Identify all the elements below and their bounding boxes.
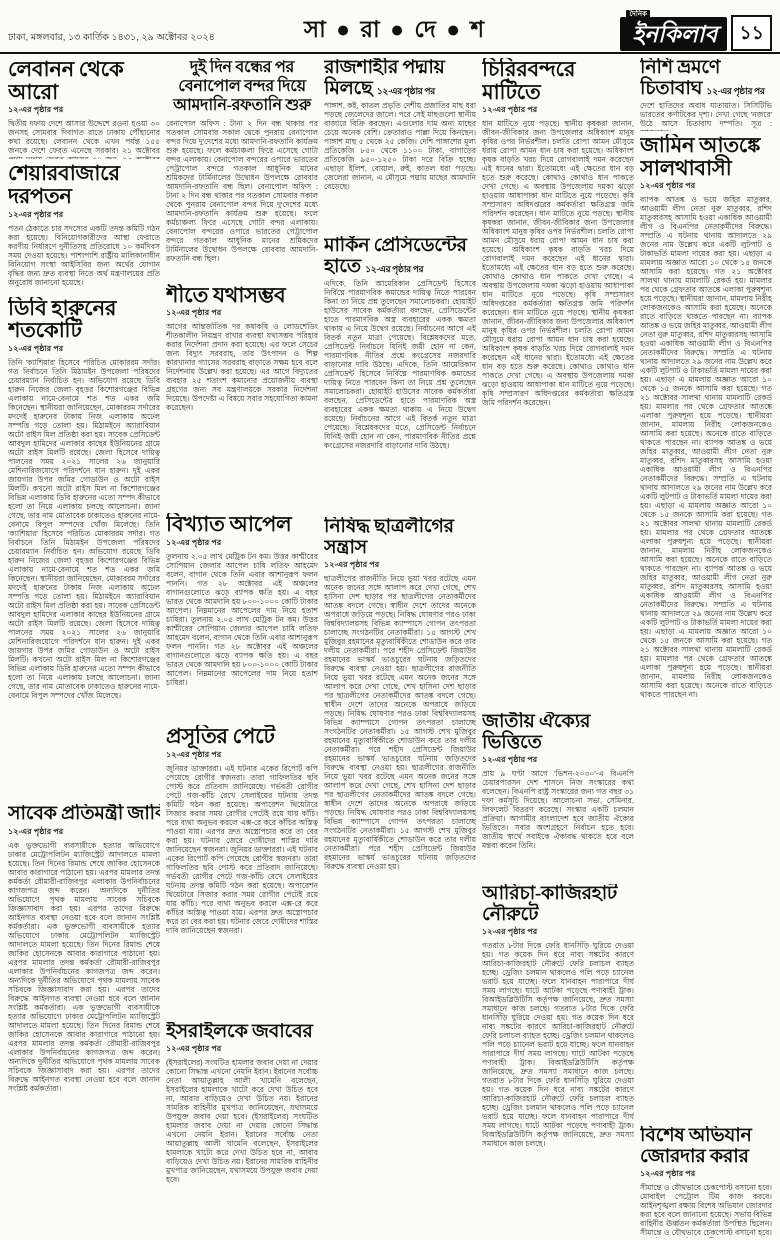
newspaper-page: ঢাকা, মঙ্গলবার, ১৩ কার্তিক ১৪৩১, ২৯ অক্ট…	[0, 0, 780, 1240]
article-body: তিনি 'ক্যাশিয়ার' হিসেবে পরিচিত মোকাররম …	[8, 358, 160, 801]
masthead-title: ইনকিলাব	[632, 21, 717, 47]
continued-from-note: ১২-এর পৃষ্ঠার পর	[8, 209, 160, 222]
article-headline: জাতীয় ঐক্যের ভিত্তিতে	[482, 712, 634, 753]
page-number: ১১	[731, 15, 772, 51]
continued-from-note: ১২-এর পৃষ্ঠার পর	[8, 343, 160, 356]
newspaper-logo: দৈনিক ইনকিলাব	[620, 17, 727, 51]
article-sharebazar: শেয়ারবাজারে দরপতন ১২-এর পৃষ্ঠার পর পতন …	[8, 162, 160, 293]
continued-from-note: ১২-এর পৃষ্ঠার পর	[482, 926, 634, 939]
article-body: প্রায় ৯ ঘণ্টা আগে 'ভিশন-২০৩০'-এ বিএনপি …	[482, 769, 634, 881]
article-body: পাঙ্গাশ, কই, কাতল প্রভৃতি দেশীয় প্রজাতি…	[324, 101, 476, 233]
article-body: আগের আন্তর্জাতিক দর কষাকষি ও লোডশেডিং শী…	[166, 322, 318, 510]
article-body: দ্বিতীয় দফায় দেশে আসার উদ্দেশে রওনা হও…	[8, 119, 160, 159]
article-headline: নিষিদ্ধ ছাত্রলীগের সন্ত্রাস	[324, 517, 476, 558]
column-4: চিরিরবন্দরে মাটিতে ১২-এর পৃষ্ঠার পর ধান …	[482, 58, 634, 1238]
article-headline: বিখ্যাত আপেল	[166, 513, 318, 536]
continued-from-note: ১২-এর পৃষ্ঠার পর	[8, 826, 160, 839]
continued-from-note: ১২-এর পৃষ্ঠার পর	[365, 264, 423, 274]
article-body: বেনাপোল অফিস : টানা ২ দিন বন্ধ থাকার পর …	[166, 119, 318, 281]
article-body: তুলনায় ২.০৫ লাখ মেট্রিক টন কম। উত্তর কা…	[166, 552, 318, 722]
column-3: রাজশাহীর পদ্মায় মিলছে ১২-এর পৃষ্ঠার পর …	[324, 58, 476, 1238]
article-bishesh-ovijan: বিশেষ অভিযান জোরদার করার ১২-এর পৃষ্ঠার প…	[640, 1126, 772, 1238]
masthead-daily-label: দৈনিক	[626, 10, 650, 19]
continued-from-note: ১২-এর পৃষ্ঠার পর	[166, 307, 318, 320]
continued-from-note: ১২-এর পৃষ্ঠার পর	[640, 180, 772, 193]
columns-area: লেবানন থেকে আরো ১২-এর পৃষ্ঠার পর দ্বিতীয…	[0, 54, 780, 1238]
article-shitey: শীতে যথাসম্ভব ১২-এর পৃষ্ঠার পর আগের আন্ত…	[166, 284, 318, 511]
dateline: ঢাকা, মঙ্গলবার, ১৩ কার্তিক ১৪৩১, ২৯ অক্ট…	[8, 31, 228, 52]
continued-from-note: ১২-এর পৃষ্ঠার পর	[377, 86, 435, 96]
section-title: সা ● রা ● দে ● শ	[228, 11, 562, 52]
article-headline: ডিবি হারুনের শতকোটি	[8, 297, 160, 342]
article-body: ছাত্রলীগের রাজনীতি নিয়ে ভুয়া খবর রটেছে…	[324, 574, 476, 1238]
column-1: লেবানন থেকে আরো ১২-এর পৃষ্ঠার পর দ্বিতীয…	[8, 58, 160, 1238]
column-5: নিশি ভ্রমণে চিতাবাঘ ১২-এর পৃষ্ঠার পর দেশ…	[640, 58, 772, 1238]
article-headline: চিরিরবন্দরে মাটিতে	[482, 58, 634, 103]
article-headline: বিশেষ অভিযান জোরদার করার	[640, 1126, 772, 1167]
article-headline: সাবেক প্রতিমন্ত্রী জাকির-সচিব	[8, 804, 160, 825]
article-jatiyo-oikko: জাতীয় ঐক্যের ভিত্তিতে ১২-এর পৃষ্ঠার পর …	[482, 712, 634, 881]
article-body: জুনিয়র ডাক্তাররা। এই ঘটনার একের রিপোর্ট…	[166, 764, 318, 1019]
article-saltha-jamin: জামিন আতঙ্কে সালথাবাসী ১২-এর পৃষ্ঠার পর …	[640, 134, 772, 1123]
article-body: দেশে হাতিদের অবাধ যাতায়াত। সিসিটিভি ভার…	[640, 101, 772, 131]
article-benapole: দুই দিন বন্ধের পর বেনাপোল বন্দর দিয়ে আম…	[166, 58, 318, 281]
article-lebanon: লেবানন থেকে আরো ১২-এর পৃষ্ঠার পর দ্বিতীয…	[8, 58, 160, 159]
continued-from-note: ১২-এর পৃষ্ঠার পর	[166, 537, 318, 550]
article-headline: ইসরাইলকে জবাবের	[166, 1022, 318, 1043]
article-chhatraleague: নিষিদ্ধ ছাত্রলীগের সন্ত্রাস ১২-এর পৃষ্ঠা…	[324, 517, 476, 1238]
article-headline: শীতে যথাসম্ভব	[166, 284, 318, 307]
article-headline: লেবানন থেকে আরো	[8, 58, 160, 103]
article-aricha-kazirhat: আরিচা-কাজিরহাট নৌরুটে ১২-এর পৃষ্ঠার পর গ…	[482, 884, 634, 1238]
article-headline: নিশি ভ্রমণে চিতাবাঘ ১২-এর পৃষ্ঠার পর	[640, 58, 772, 99]
article-headline: আরিচা-কাজিরহাট নৌরুটে	[482, 884, 634, 925]
article-chirirbandar: চিরিরবন্দরে মাটিতে ১২-এর পৃষ্ঠার পর ধান …	[482, 58, 634, 709]
continued-from-note: ১২-এর পৃষ্ঠার পর	[166, 1043, 318, 1056]
article-israel-jabab: ইসরাইলকে জবাবের ১২-এর পৃষ্ঠার পর (ইসরাইল…	[166, 1022, 318, 1238]
article-zakir-sachib: সাবেক প্রতিমন্ত্রী জাকির-সচিব ১২-এর পৃষ্…	[8, 804, 160, 1238]
article-body: সীমান্তে ও যৌথভাবে চেকপোস্ট বসানো হবে। ম…	[640, 1183, 772, 1238]
continued-from-note: ১২-এর পৃষ্ঠার পর	[707, 86, 765, 96]
article-prosutir-pete: প্রসূতির পেটে ১২-এর পৃষ্ঠার পর জুনিয়র ড…	[166, 725, 318, 1019]
article-apple: বিখ্যাত আপেল ১২-এর পৃষ্ঠার পর তুলনায় ২.…	[166, 513, 318, 722]
article-body: এদিকে, তিনি আমেরিকান প্রেসিডেন্ট হিসেবে …	[324, 279, 476, 514]
continued-from-note: ১২-এর পৃষ্ঠার পর	[482, 754, 634, 767]
article-body: (ইসরাইলের) সংঘটিত হামলার জবাব দেয়া না দ…	[166, 1058, 318, 1238]
article-headline: দুই দিন বন্ধের পর বেনাপোল বন্দর দিয়ে আম…	[166, 58, 318, 116]
continued-from-note: ১২-এর পৃষ্ঠার পর	[324, 559, 476, 572]
article-db-harun: ডিবি হারুনের শতকোটি ১২-এর পৃষ্ঠার পর তিন…	[8, 297, 160, 801]
article-headline: প্রসূতির পেটে	[166, 725, 318, 748]
article-body: গতরাত ৮টার দিকে ফেরি ধানসিঁড়ি ঘুরিয়ে দ…	[482, 941, 634, 1238]
page-header: ঢাকা, মঙ্গলবার, ১৩ কার্তিক ১৪৩১, ২৯ অক্ট…	[0, 0, 780, 54]
article-body: ব্যাপক আতঙ্ক ও ভয়ে জহির মাতুব্বর, আওয়া…	[640, 195, 772, 1123]
continued-from-note: ১২-এর পৃষ্ঠার পর	[640, 1168, 772, 1181]
article-rajshahi-padma: রাজশাহীর পদ্মায় মিলছে ১২-এর পৃষ্ঠার পর …	[324, 58, 476, 233]
article-headline: মার্কিন প্রেসিডেন্টের হাতে ১২-এর পৃষ্ঠার…	[324, 236, 476, 277]
article-body: ধান মাটিতে নুয়ে পড়ছে। স্থানীয় কৃষকরা …	[482, 119, 634, 709]
article-headline: জামিন আতঙ্কে সালথাবাসী	[640, 134, 772, 179]
article-us-president: মার্কিন প্রেসিডেন্টের হাতে ১২-এর পৃষ্ঠার…	[324, 236, 476, 514]
masthead-area: দৈনিক ইনকিলাব ১১	[562, 15, 772, 52]
article-chitabagh: নিশি ভ্রমণে চিতাবাঘ ১২-এর পৃষ্ঠার পর দেশ…	[640, 58, 772, 131]
article-headline: রাজশাহীর পদ্মায় মিলছে ১২-এর পৃষ্ঠার পর	[324, 58, 476, 99]
continued-from-note: ১২-এর পৃষ্ঠার পর	[8, 104, 160, 117]
continued-from-note: ১২-এর পৃষ্ঠার পর	[482, 104, 634, 117]
article-body: এক ভুক্তভোগী ব্যবসায়ীকে হত্যার অভিযোগে …	[8, 841, 160, 1238]
article-headline: শেয়ারবাজারে দরপতন	[8, 162, 160, 207]
continued-from-note: ১২-এর পৃষ্ঠার পর	[166, 749, 318, 762]
article-body: পতন ঠেকাতে চার সদস্যের একটি তদন্ত কমিটি …	[8, 224, 160, 294]
column-2: দুই দিন বন্ধের পর বেনাপোল বন্দর দিয়ে আম…	[166, 58, 318, 1238]
